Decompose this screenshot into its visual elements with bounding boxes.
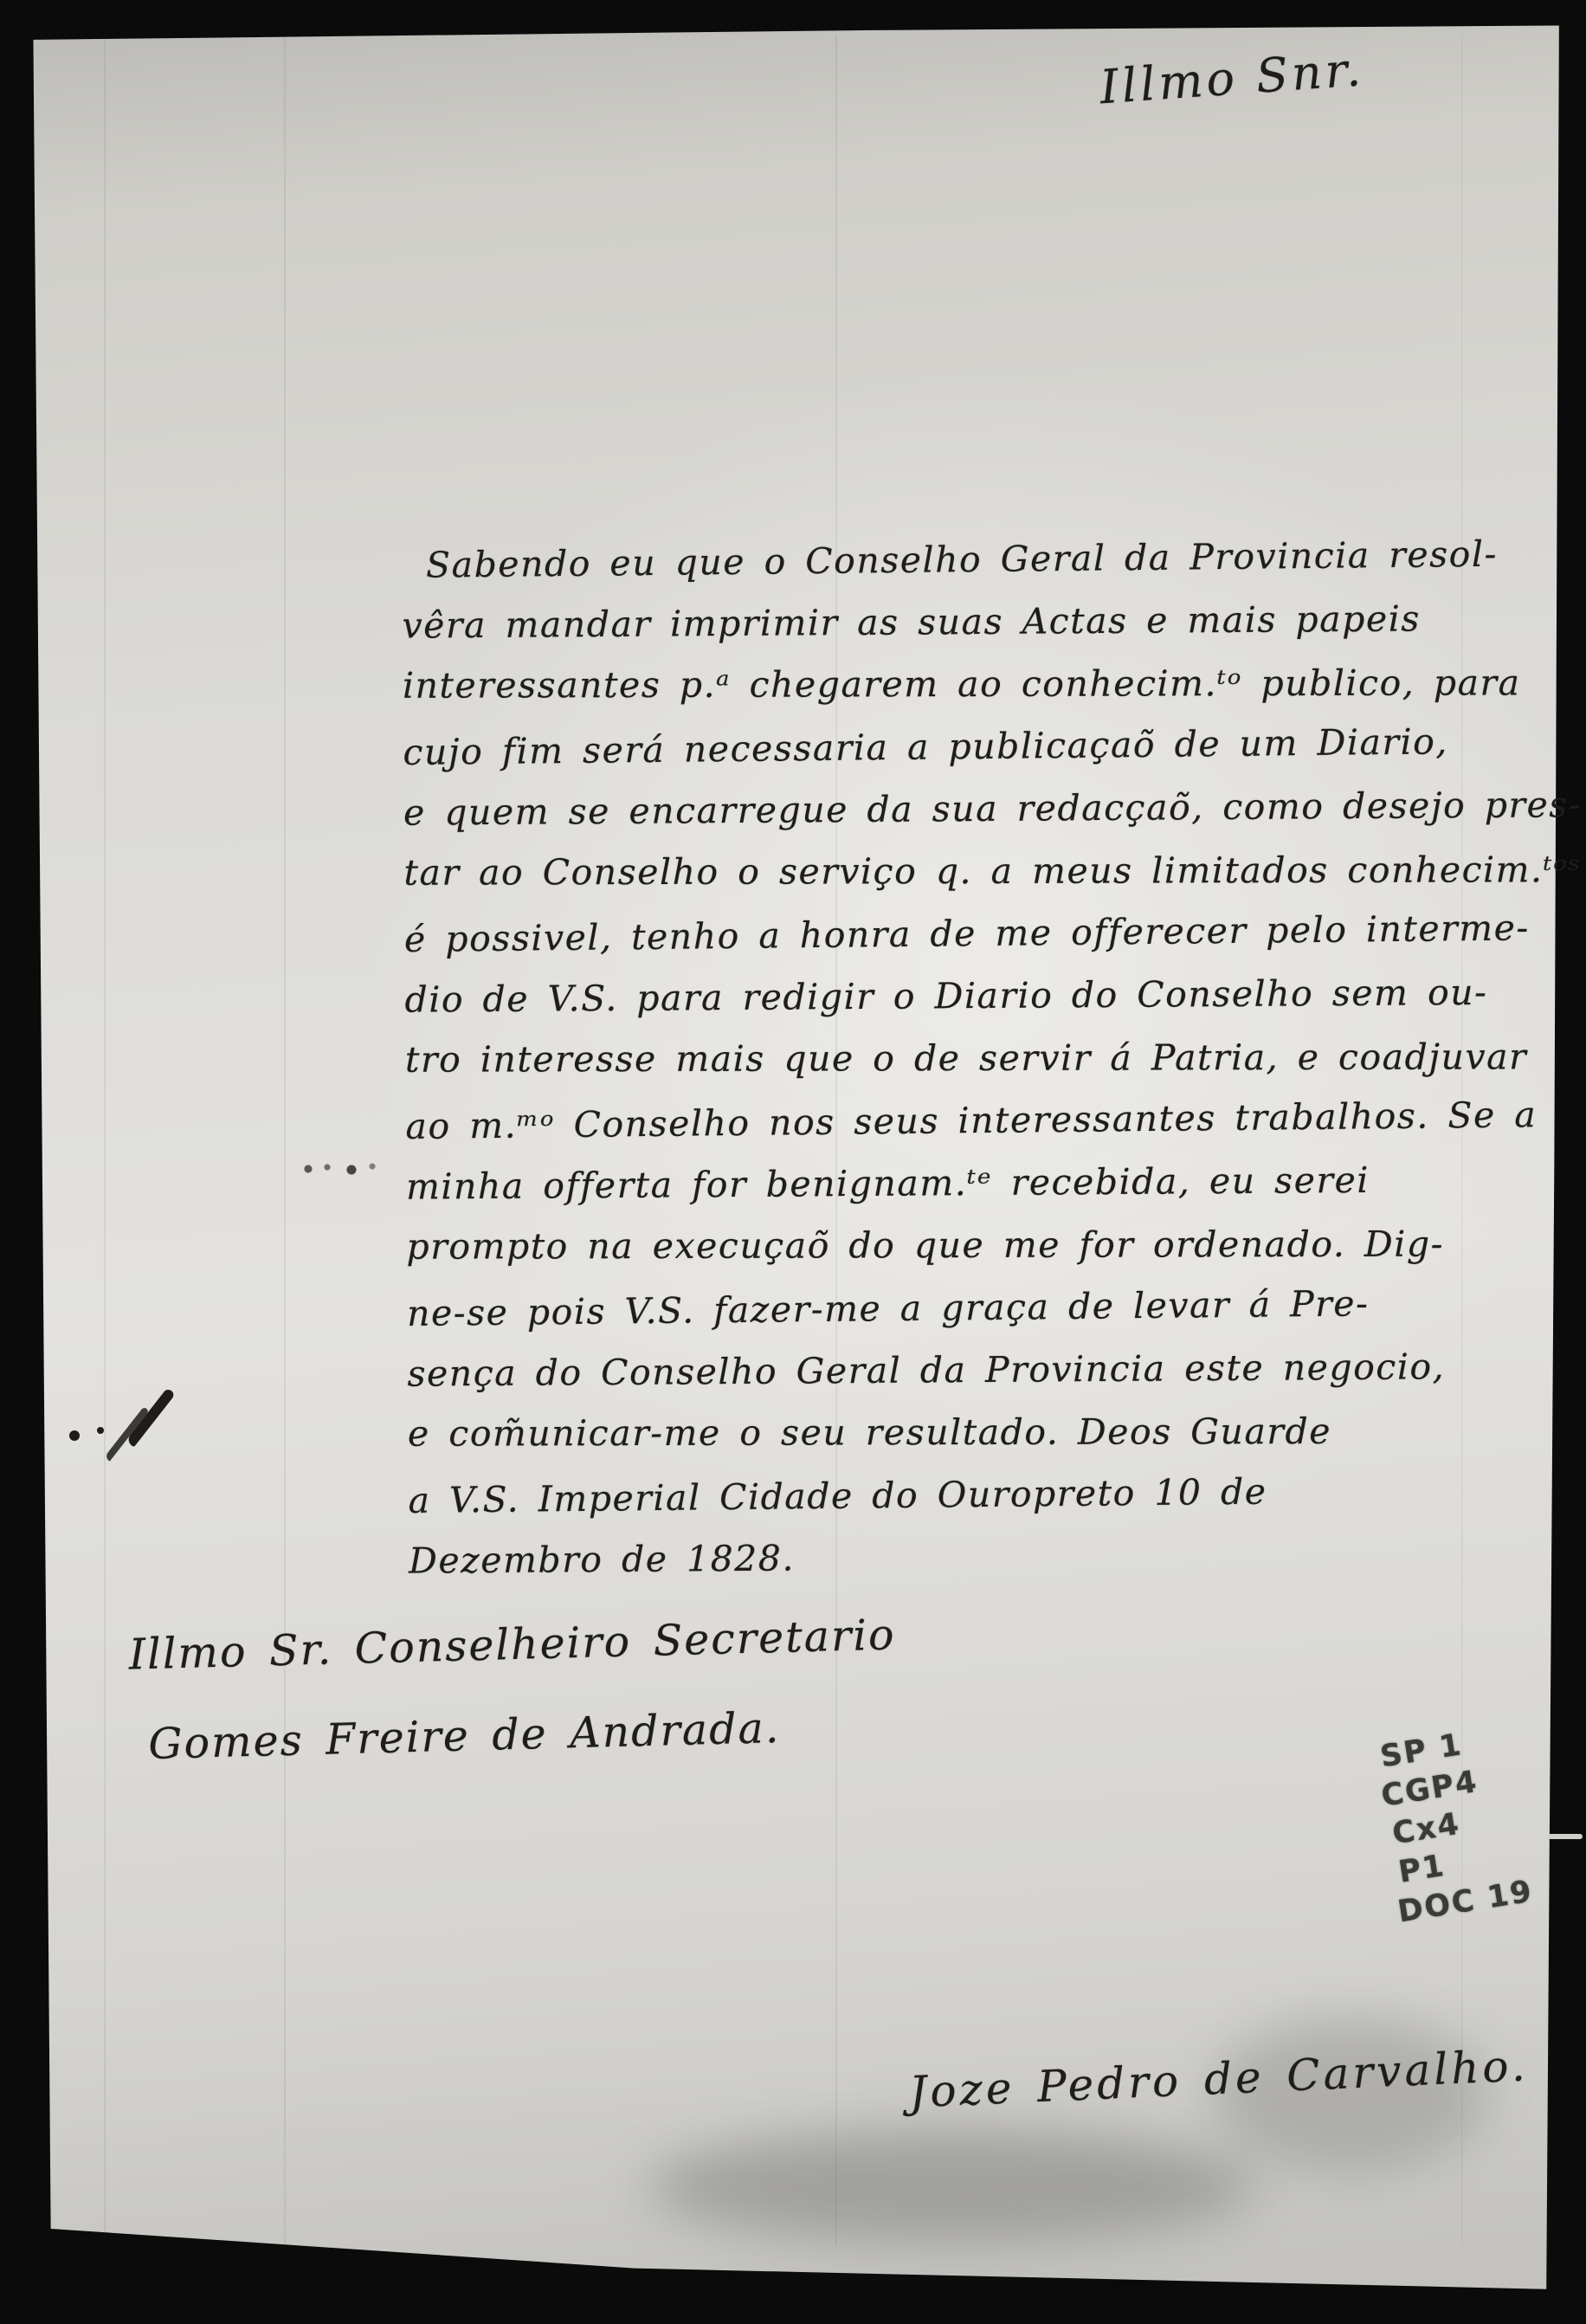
ink-dot <box>97 1427 104 1434</box>
letter-body: Sabendo eu que o Conselho Geral da Provi… <box>402 524 1561 1591</box>
body-line: cujo fim será necessaria a publicaçaõ de… <box>403 709 1555 784</box>
scanned-letter-page: Illmo Snr. Sabendo eu que o Conselho Ger… <box>0 0 1586 2324</box>
body-line: e com̃unicar-me o seu resultado. Deos Gu… <box>408 1399 1559 1464</box>
ink-dot <box>69 1430 80 1441</box>
body-line: sença do Conselho Geral da Provincia est… <box>407 1334 1558 1404</box>
body-line: Dezembro de 1828. <box>409 1521 1560 1591</box>
fold-crease <box>104 35 106 2246</box>
body-line: tar ao Conselho o serviço q. a meus limi… <box>403 838 1555 903</box>
body-line: minha offerta for benignam.ᵗᵉ recebida, … <box>406 1147 1557 1217</box>
body-line: ne-se pois V.S. fazer-me a graça de leva… <box>407 1270 1559 1345</box>
ink-specks <box>301 1162 379 1176</box>
body-line: dio de V.S. para redigir o Diario do Con… <box>404 960 1556 1030</box>
body-line: Sabendo eu que o Conselho Geral da Provi… <box>402 522 1554 597</box>
film-scratch-mark <box>1548 1834 1583 1839</box>
body-line: é possivel, tenho a honra de me offerece… <box>404 896 1557 971</box>
body-line: e quem se encarregue da sua redacçaõ, co… <box>403 773 1555 843</box>
body-line: interessantes p.ᵃ chegarem ao conhecim.ᵗ… <box>403 651 1554 716</box>
body-line: tro interesse mais que o de servir á Pat… <box>405 1025 1557 1090</box>
paper-smudge <box>649 2130 1255 2243</box>
fold-crease <box>284 35 286 2246</box>
addressee: Illmo Sr. Conselheiro SecretarioGomes Fr… <box>127 1590 899 1790</box>
body-line: vêra mandar imprimir as suas Actas e mai… <box>402 586 1553 656</box>
body-line: ao m.ᵐᵒ Conselho nos seus interessantes … <box>405 1083 1557 1158</box>
body-line: prompto na execuçaõ do que me for ordena… <box>406 1212 1557 1277</box>
body-line: a V.S. Imperial Cidade do Ouropreto 10 d… <box>408 1457 1560 1532</box>
